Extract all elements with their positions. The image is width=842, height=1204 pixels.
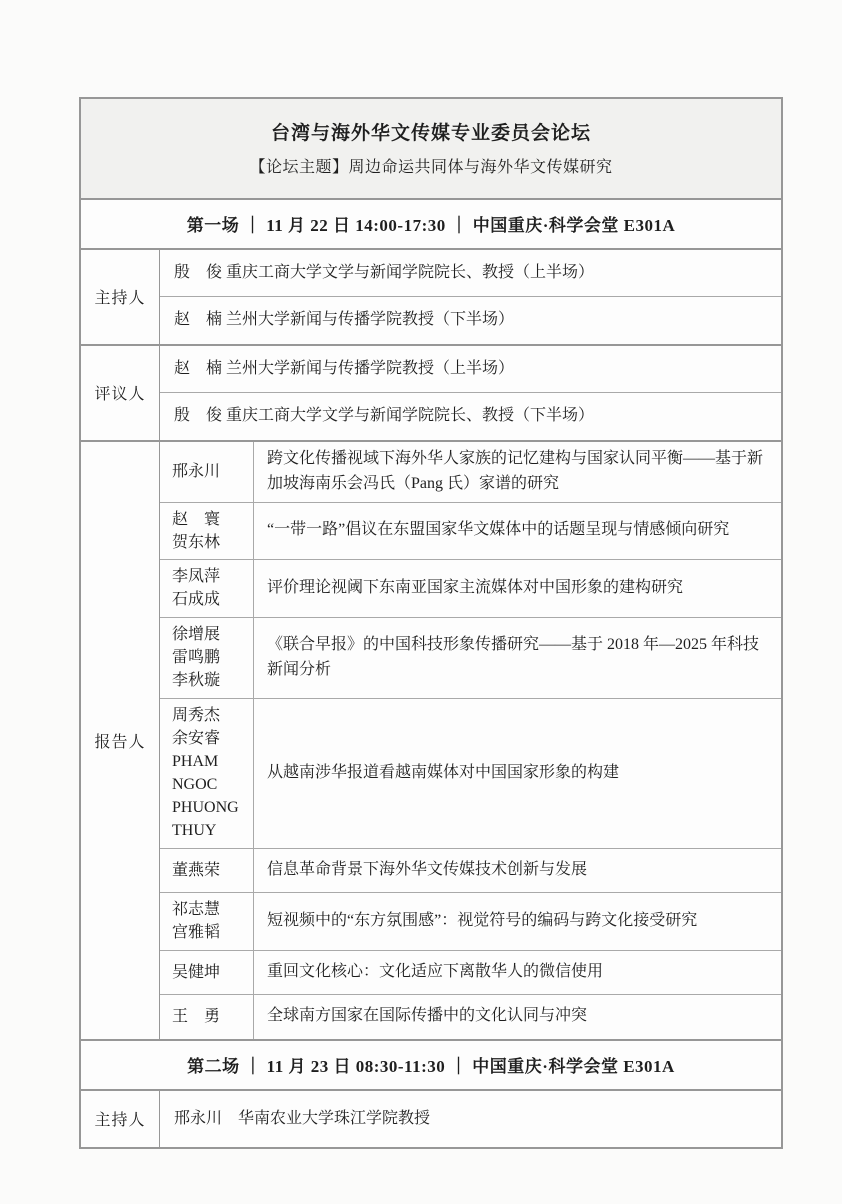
- presenters-rows: 邢永川 跨文化传播视域下海外华人家族的记忆建构与国家认同平衡——基于新加坡海南乐…: [160, 442, 781, 1039]
- presenter-names: 祁志慧 宫雅韬: [160, 893, 254, 950]
- host-row: 殷 俊 重庆工商大学文学与新闻学院院长、教授（上半场）: [160, 250, 781, 297]
- session1-header: 第一场 ｜ 11 月 22 日 14:00-17:30 ｜ 中国重庆·科学会堂 …: [81, 200, 781, 250]
- session2-header: 第二场 ｜ 11 月 23 日 08:30-11:30 ｜ 中国重庆·科学会堂 …: [81, 1041, 781, 1091]
- title-block: 台湾与海外华文传媒专业委员会论坛 【论坛主题】周边命运共同体与海外华文传媒研究: [81, 99, 781, 200]
- session1-discussants-section: 评议人 赵 楠 兰州大学新闻与传播学院教授（上半场） 殷 俊 重庆工商大学文学与…: [81, 346, 781, 442]
- presenter-names: 赵 寰 贺东林: [160, 503, 254, 559]
- presenter-row: 赵 寰 贺东林 “一带一路”倡议在东盟国家华文媒体中的话题呈现与情感倾向研究: [160, 503, 781, 560]
- paper-title: 信息革命背景下海外华文传媒技术创新与发展: [254, 849, 781, 892]
- hosts-label: 主持人: [81, 1091, 160, 1147]
- presenter-names: 王 勇: [160, 995, 254, 1039]
- discussant-row: 赵 楠 兰州大学新闻与传播学院教授（上半场）: [160, 346, 781, 393]
- presenter-names: 徐增展 雷鸣鹏 李秋璇: [160, 618, 254, 698]
- presenter-names: 周秀杰 余安睿 PHAM NGOC PHUONG THUY: [160, 699, 254, 848]
- presenter-row: 邢永川 跨文化传播视域下海外华人家族的记忆建构与国家认同平衡——基于新加坡海南乐…: [160, 442, 781, 503]
- paper-title: 重回文化核心：文化适应下离散华人的微信使用: [254, 951, 781, 994]
- discussant-row: 殷 俊 重庆工商大学文学与新闻学院院长、教授（下半场）: [160, 393, 781, 440]
- forum-title: 台湾与海外华文传媒专业委员会论坛: [101, 121, 761, 148]
- forum-theme-subtitle: 【论坛主题】周边命运共同体与海外华文传媒研究: [101, 157, 761, 179]
- presenter-names: 李凤萍 石成成: [160, 560, 254, 617]
- presenter-row: 李凤萍 石成成 评价理论视阈下东南亚国家主流媒体对中国形象的建构研究: [160, 560, 781, 618]
- presenters-label: 报告人: [81, 442, 160, 1039]
- presenter-row: 徐增展 雷鸣鹏 李秋璇 《联合早报》的中国科技形象传播研究——基于 2018 年…: [160, 618, 781, 699]
- session1-presenters-section: 报告人 邢永川 跨文化传播视域下海外华人家族的记忆建构与国家认同平衡——基于新加…: [81, 442, 781, 1041]
- paper-title: 短视频中的“东方氛围感”：视觉符号的编码与跨文化接受研究: [254, 893, 781, 950]
- session1-hosts-section: 主持人 殷 俊 重庆工商大学文学与新闻学院院长、教授（上半场） 赵 楠 兰州大学…: [81, 250, 781, 346]
- hosts-label: 主持人: [81, 250, 160, 344]
- presenter-row: 董燕荣 信息革命背景下海外华文传媒技术创新与发展: [160, 849, 781, 893]
- session2-hosts-section: 主持人 邢永川 华南农业大学珠江学院教授: [81, 1091, 781, 1147]
- discussants-rows: 赵 楠 兰州大学新闻与传播学院教授（上半场） 殷 俊 重庆工商大学文学与新闻学院…: [160, 346, 781, 440]
- paper-title: 评价理论视阈下东南亚国家主流媒体对中国形象的建构研究: [254, 560, 781, 617]
- presenter-names: 邢永川: [160, 442, 254, 502]
- presenter-names: 董燕荣: [160, 849, 254, 892]
- forum-schedule-table: 台湾与海外华文传媒专业委员会论坛 【论坛主题】周边命运共同体与海外华文传媒研究 …: [79, 97, 783, 1149]
- presenter-row: 祁志慧 宫雅韬 短视频中的“东方氛围感”：视觉符号的编码与跨文化接受研究: [160, 893, 781, 951]
- document-page: 台湾与海外华文传媒专业委员会论坛 【论坛主题】周边命运共同体与海外华文传媒研究 …: [0, 0, 842, 1204]
- presenter-names: 吴健坤: [160, 951, 254, 994]
- paper-title: “一带一路”倡议在东盟国家华文媒体中的话题呈现与情感倾向研究: [254, 503, 781, 559]
- paper-title: 从越南涉华报道看越南媒体对中国国家形象的构建: [254, 699, 781, 848]
- hosts-rows: 邢永川 华南农业大学珠江学院教授: [160, 1091, 781, 1147]
- discussants-label: 评议人: [81, 346, 160, 440]
- host-row: 邢永川 华南农业大学珠江学院教授: [160, 1091, 781, 1147]
- host-row: 赵 楠 兰州大学新闻与传播学院教授（下半场）: [160, 297, 781, 344]
- paper-title: 《联合早报》的中国科技形象传播研究——基于 2018 年—2025 年科技新闻分…: [254, 618, 781, 698]
- presenter-row: 吴健坤 重回文化核心：文化适应下离散华人的微信使用: [160, 951, 781, 995]
- presenter-row: 王 勇 全球南方国家在国际传播中的文化认同与冲突: [160, 995, 781, 1039]
- paper-title: 跨文化传播视域下海外华人家族的记忆建构与国家认同平衡——基于新加坡海南乐会冯氏（…: [254, 442, 781, 502]
- paper-title: 全球南方国家在国际传播中的文化认同与冲突: [254, 995, 781, 1039]
- presenter-row: 周秀杰 余安睿 PHAM NGOC PHUONG THUY 从越南涉华报道看越南…: [160, 699, 781, 849]
- hosts-rows: 殷 俊 重庆工商大学文学与新闻学院院长、教授（上半场） 赵 楠 兰州大学新闻与传…: [160, 250, 781, 344]
